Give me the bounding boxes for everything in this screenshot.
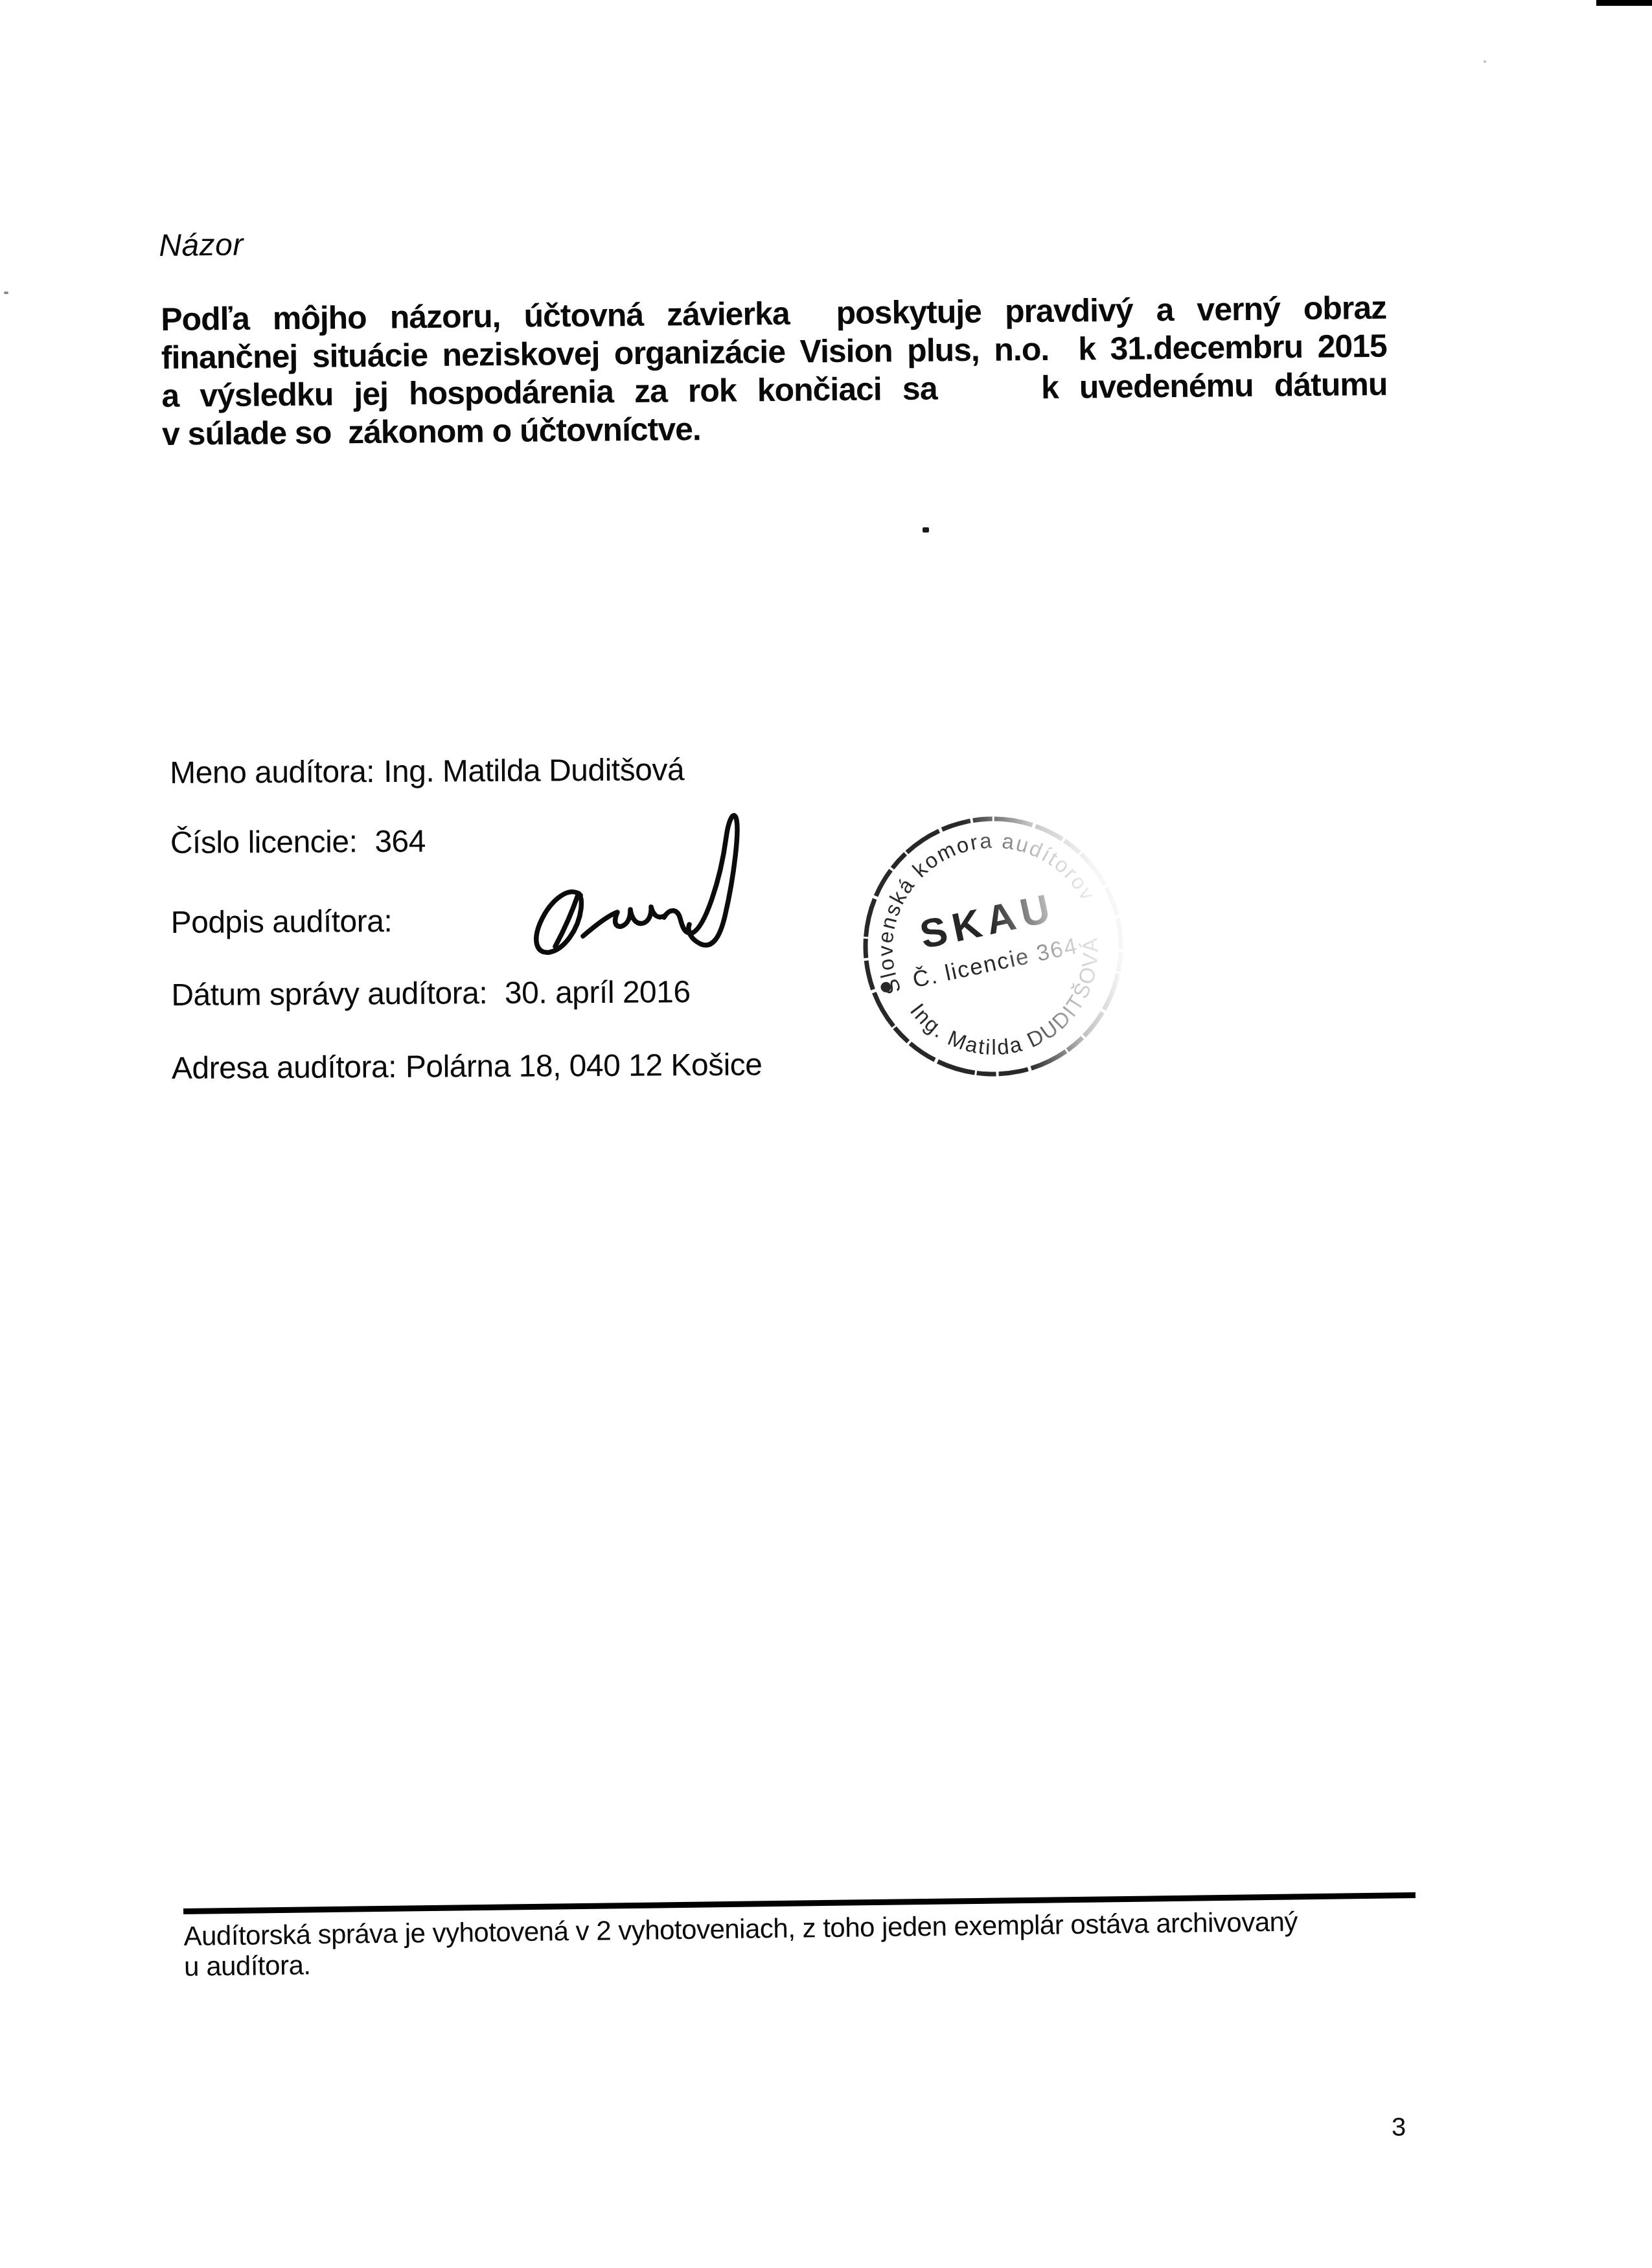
report-date-row: Dátum správy audítora: 30. apríl 2016	[171, 974, 691, 1013]
auditor-address-label: Adresa audítora:	[172, 1050, 396, 1086]
signature-label: Podpis audítora:	[170, 904, 392, 940]
auditor-name-label: Meno audítora:	[170, 755, 374, 790]
licence-number-label: Číslo licencie:	[170, 825, 358, 860]
auditor-stamp: Slovenská komora audítorov SKAU Č. licen…	[828, 781, 1158, 1112]
signature-graphic	[518, 798, 745, 960]
scan-artifact-edge-speck	[4, 292, 8, 294]
opinion-heading: Názor	[159, 227, 244, 264]
licence-number-row: Číslo licencie: 364	[170, 824, 426, 861]
scanned-audit-report-page: Názor Podľa môjho názoru, účtovná závier…	[0, 0, 1652, 2268]
report-date-label: Dátum správy audítora:	[171, 976, 487, 1013]
signature-stroke-squiggle	[583, 907, 664, 936]
scan-artifact-ink-speck	[923, 527, 929, 533]
auditor-address-row: Adresa audítora:Polárna 18, 040 12 Košic…	[172, 1047, 763, 1086]
scan-artifact-corner-bar	[1596, 0, 1652, 6]
licence-number-value: 364	[366, 825, 426, 860]
opinion-paragraph: Podľa môjho názoru, účtovná závierka pos…	[161, 289, 1388, 453]
signature-row: Podpis audítora:	[170, 904, 401, 941]
auditor-address-value: Polárna 18, 040 12 Košice	[406, 1048, 763, 1084]
report-date-value: 30. apríl 2016	[496, 975, 691, 1011]
auditor-name-row: Meno audítora:Ing. Matilda Duditšová	[170, 752, 684, 791]
footnote-block: Audítorská správa je vyhotovená v 2 vyho…	[183, 1892, 1416, 1982]
signature-stroke-flourish	[664, 816, 737, 945]
page-number: 3	[1392, 2113, 1406, 2142]
auditor-info-block: Meno audítora:Ing. Matilda Duditšová Čís…	[170, 747, 882, 751]
scan-artifact-dust-speck	[1484, 60, 1486, 63]
auditor-name-value: Ing. Matilda Duditšová	[384, 753, 684, 789]
